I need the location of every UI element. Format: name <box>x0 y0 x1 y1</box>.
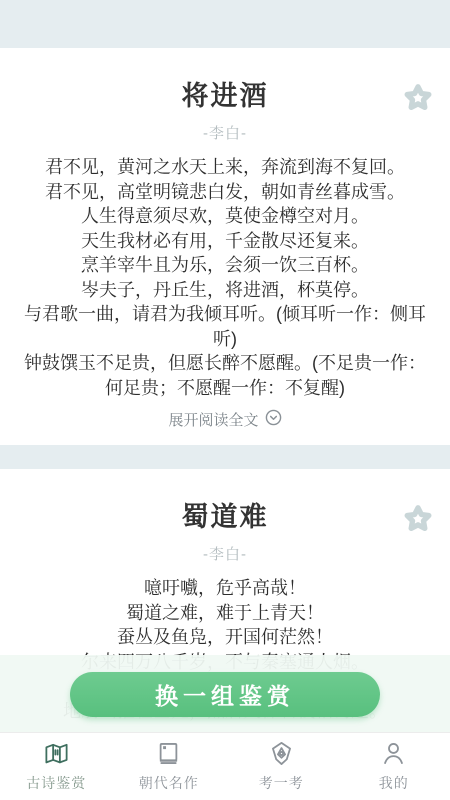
tab-label: 朝代名作 <box>139 773 199 793</box>
expand-full-text-button[interactable]: 展开阅读全文 <box>162 408 287 431</box>
poem-body: 君不见，黄河之水天上来，奔流到海不复回。君不见，高堂明镜悲白发，朝如青丝暮成雪。… <box>0 155 450 400</box>
poem-card: 将进酒 -李白- 君不见，黄河之水天上来，奔流到海不复回。君不见，高堂明镜悲白发… <box>0 74 450 445</box>
poem-line: 岑夫子，丹丘生，将进酒，杯莫停。 <box>24 278 426 303</box>
poem-line: 蚕丛及鱼凫，开国何茫然！ <box>24 625 426 650</box>
app-screen: 将进酒 -李白- 君不见，黄河之水天上来，奔流到海不复回。君不见，高堂明镜悲白发… <box>0 0 450 800</box>
poem-line: 钟鼓馔玉不足贵，但愿长醉不愿醒。(不足贵一作：何足贵；不愿醒一作：不复醒) <box>24 351 426 400</box>
card-divider <box>0 445 450 469</box>
tab-bar: 古诗鉴赏 朝代名作 考一考 <box>0 732 450 800</box>
expand-label: 展开阅读全文 <box>168 409 258 430</box>
poem-title: 蜀道难 <box>0 495 450 534</box>
poem-line: 君不见，黄河之水天上来，奔流到海不复回。 <box>24 155 426 180</box>
poem-line: 君不见，高堂明镜悲白发，朝如青丝暮成雪。 <box>24 180 426 205</box>
poem-line: 噫吁嚱，危乎高哉！ <box>24 576 426 601</box>
open-book-icon <box>43 740 70 770</box>
tab-profile[interactable]: 我的 <box>338 733 450 800</box>
tab-label: 古诗鉴赏 <box>26 773 86 793</box>
poem-line: 烹羊宰牛且为乐，会须一饮三百杯。 <box>24 253 426 278</box>
refresh-set-button[interactable]: 换一组鉴赏 <box>70 672 380 717</box>
favorite-button[interactable] <box>402 503 434 535</box>
tab-label: 我的 <box>379 773 409 793</box>
chevron-down-circle-icon <box>265 409 282 430</box>
poem-line: 人生得意须尽欢，莫使金樽空对月。 <box>24 204 426 229</box>
closed-book-icon <box>155 740 182 770</box>
user-icon <box>380 740 407 770</box>
tab-label: 考一考 <box>259 773 304 793</box>
refresh-panel: 换一组鉴赏 <box>0 655 450 733</box>
tab-quiz[interactable]: 考一考 <box>225 733 338 800</box>
favorite-button[interactable] <box>402 82 434 114</box>
star-icon <box>402 523 434 538</box>
pen-badge-icon <box>268 740 295 770</box>
status-bar <box>0 0 450 48</box>
poem-line: 与君歌一曲，请君为我倾耳听。(倾耳听一作：侧耳听) <box>24 302 426 351</box>
poem-author: -李白- <box>0 122 450 143</box>
poem-line: 天生我材必有用，千金散尽还复来。 <box>24 229 426 254</box>
poem-title: 将进酒 <box>0 74 450 113</box>
poem-author: -李白- <box>0 543 450 564</box>
tab-poem-appreciation[interactable]: 古诗鉴赏 <box>0 733 113 800</box>
tab-dynasty-masterpieces[interactable]: 朝代名作 <box>113 733 226 800</box>
star-icon <box>402 102 434 117</box>
poem-line: 蜀道之难，难于上青天！ <box>24 601 426 626</box>
